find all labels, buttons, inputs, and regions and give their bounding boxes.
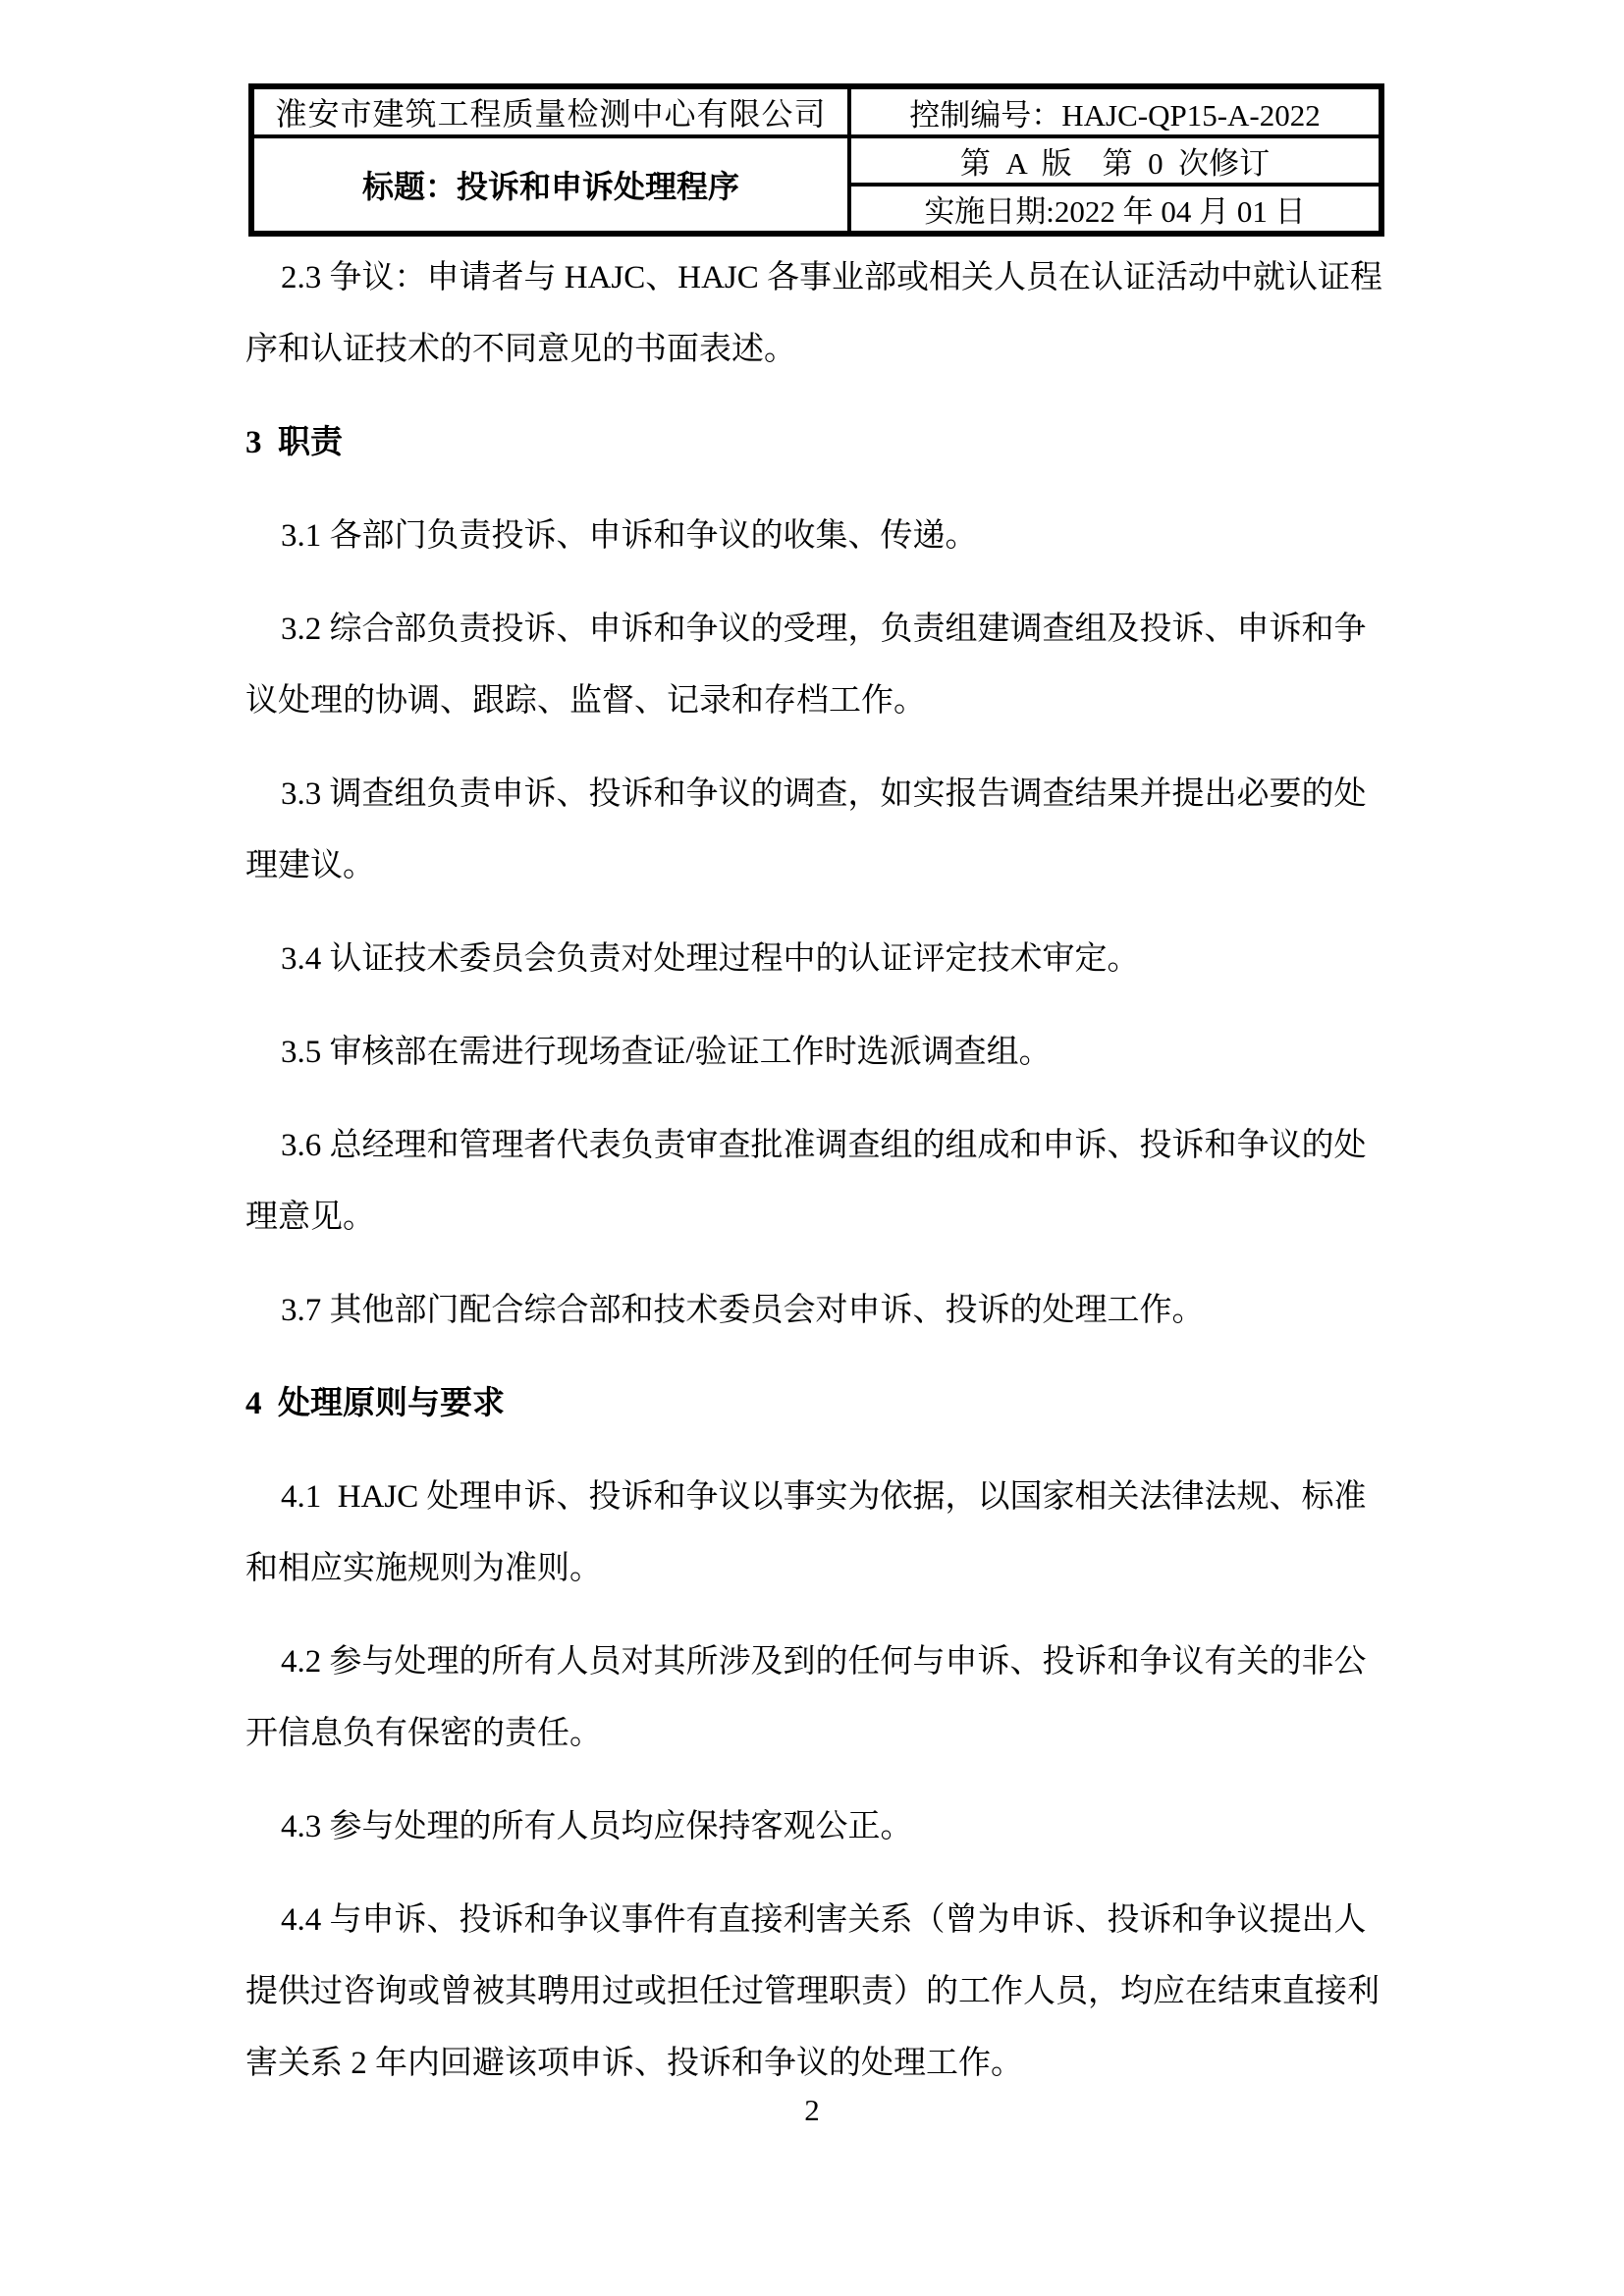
header-table: 淮安市建筑工程质量检测中心有限公司 控制编号：HAJC-QP15-A-2022 … — [248, 83, 1384, 237]
text-line: 3.1 各部门负责投诉、申诉和争议的收集、传递。 — [245, 501, 1384, 572]
paragraph: 3.6 总经理和管理者代表负责审查批准调查组的组成和申诉、投诉和争议的处理意见。 — [245, 1110, 1384, 1254]
text-line: 害关系 2 年内回避该项申诉、投诉和争议的处理工作。 — [245, 2028, 1384, 2100]
paragraph: 3.7 其他部门配合综合部和技术委员会对申诉、投诉的处理工作。 — [245, 1275, 1384, 1347]
paragraph: 4.1 HAJC 处理申诉、投诉和争议以事实为依据，以国家相关法律法规、标准和相… — [245, 1462, 1384, 1605]
text-line: 理意见。 — [245, 1182, 1384, 1254]
revision-info: 第 A 版 第 0 次修订 — [849, 136, 1381, 185]
text-line: 4.3 参与处理的所有人员均应保持客观公正。 — [245, 1791, 1384, 1863]
paragraph: 3.4 认证技术委员会负责对处理过程中的认证评定技术审定。 — [245, 924, 1384, 995]
text-line: 4.2 参与处理的所有人员对其所涉及到的任何与申诉、投诉和争议有关的非公 — [245, 1627, 1384, 1698]
text-line: 3.5 审核部在需进行现场查证/验证工作时选派调查组。 — [245, 1017, 1384, 1089]
text-line: 提供过咨询或曾被其聘用过或担任过管理职责）的工作人员，均应在结束直接利 — [245, 1956, 1384, 2028]
text-line: 序和认证技术的不同意见的书面表述。 — [245, 314, 1384, 386]
text-line: 和相应实施规则为准则。 — [245, 1533, 1384, 1605]
paragraph: 3.1 各部门负责投诉、申诉和争议的收集、传递。 — [245, 501, 1384, 572]
paragraph: 3.2 综合部负责投诉、申诉和争议的受理，负责组建调查组及投诉、申诉和争议处理的… — [245, 594, 1384, 737]
paragraph: 4.4 与申诉、投诉和争议事件有直接利害关系（曾为申诉、投诉和争议提出人提供过咨… — [245, 1885, 1384, 2100]
text-line: 理建议。 — [245, 830, 1384, 902]
document-body: 2.3 争议：申请者与 HAJC、HAJC 各事业部或相关人员在认证活动中就认证… — [245, 242, 1384, 2100]
company-name: 淮安市建筑工程质量检测中心有限公司 — [251, 86, 849, 136]
text-line: 4.4 与申诉、投诉和争议事件有直接利害关系（曾为申诉、投诉和争议提出人 — [245, 1885, 1384, 1956]
text-line: 3.2 综合部负责投诉、申诉和争议的受理，负责组建调查组及投诉、申诉和争 — [245, 594, 1384, 666]
text-line: 2.3 争议：申请者与 HAJC、HAJC 各事业部或相关人员在认证活动中就认证… — [245, 242, 1384, 314]
section-heading: 3 职责 — [245, 407, 1384, 479]
text-line: 议处理的协调、跟踪、监督、记录和存档工作。 — [245, 666, 1384, 737]
text-line: 3.7 其他部门配合综合部和技术委员会对申诉、投诉的处理工作。 — [245, 1275, 1384, 1347]
paragraph: 4.2 参与处理的所有人员对其所涉及到的任何与申诉、投诉和争议有关的非公开信息负… — [245, 1627, 1384, 1770]
paragraph: 3.3 调查组负责申诉、投诉和争议的调查，如实报告调查结果并提出必要的处理建议。 — [245, 759, 1384, 902]
text-line: 4.1 HAJC 处理申诉、投诉和争议以事实为依据，以国家相关法律法规、标准 — [245, 1462, 1384, 1533]
page-number: 2 — [0, 2091, 1624, 2130]
text-line: 开信息负有保密的责任。 — [245, 1698, 1384, 1770]
implementation-date: 实施日期:2022 年 04 月 01 日 — [849, 185, 1381, 234]
paragraph: 4.3 参与处理的所有人员均应保持客观公正。 — [245, 1791, 1384, 1863]
text-line: 3 职责 — [245, 407, 1384, 479]
paragraph: 3.5 审核部在需进行现场查证/验证工作时选派调查组。 — [245, 1017, 1384, 1089]
paragraph: 2.3 争议：申请者与 HAJC、HAJC 各事业部或相关人员在认证活动中就认证… — [245, 242, 1384, 386]
text-line: 3.6 总经理和管理者代表负责审查批准调查组的组成和申诉、投诉和争议的处 — [245, 1110, 1384, 1182]
section-heading: 4 处理原则与要求 — [245, 1368, 1384, 1440]
text-line: 3.4 认证技术委员会负责对处理过程中的认证评定技术审定。 — [245, 924, 1384, 995]
text-line: 4 处理原则与要求 — [245, 1368, 1384, 1440]
document-title: 标题：投诉和申诉处理程序 — [251, 136, 849, 234]
document-page: { "page": { "background": "#ffffff", "te… — [0, 0, 1624, 2296]
text-line: 3.3 调查组负责申诉、投诉和争议的调查，如实报告调查结果并提出必要的处 — [245, 759, 1384, 830]
control-number: 控制编号：HAJC-QP15-A-2022 — [849, 86, 1381, 136]
